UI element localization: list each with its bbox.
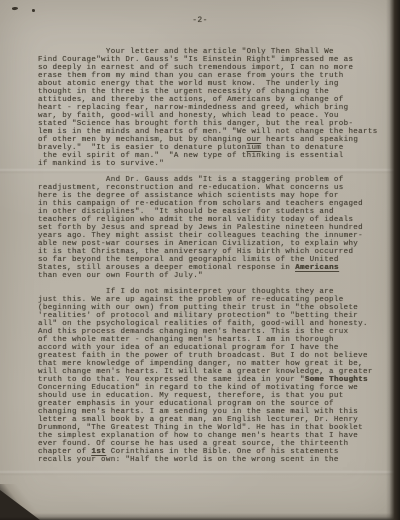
ink-speck — [12, 7, 18, 11]
paragraph-2: And Dr. Gauss adds "It is a staggering p… — [38, 176, 394, 280]
ink-speck — [32, 9, 35, 12]
corner-fold — [0, 490, 40, 520]
letter-page: -2- Your letter and the article "Only Th… — [0, 0, 400, 520]
corner-fold-shade — [0, 484, 46, 520]
scan-edge-bottom — [0, 513, 400, 520]
page-number: -2- — [0, 16, 400, 25]
letter-body: Your letter and the article "Only Then S… — [38, 48, 394, 472]
paragraph-3: If I do not misinterpret your thoughts t… — [38, 288, 394, 464]
paragraph-1: Your letter and the article "Only Then S… — [38, 48, 394, 168]
